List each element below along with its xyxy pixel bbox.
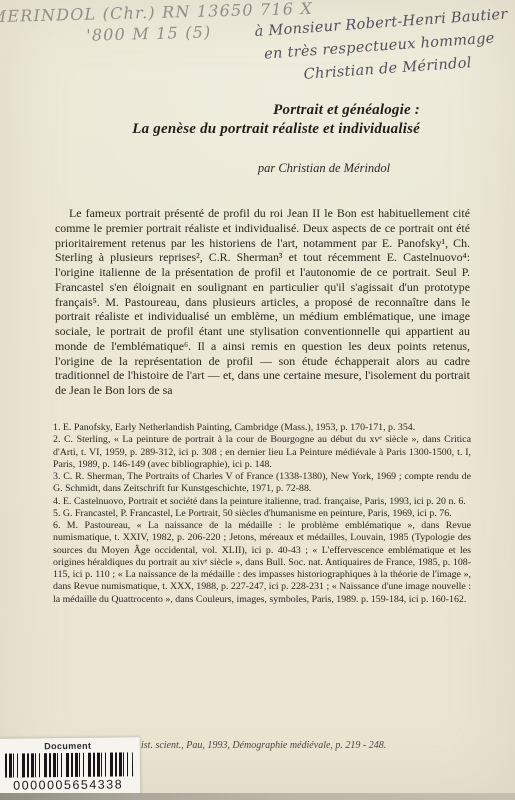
author-byline: par Christian de Mérindol	[256, 161, 392, 176]
page-bottom-edge	[0, 793, 515, 800]
article-title-line1: Portrait et généalogie :	[132, 101, 420, 120]
article-title: Portrait et généalogie : La genèse du po…	[132, 101, 420, 138]
footnote-2: 2. C. Sterling, « La peinture de portrai…	[53, 434, 471, 471]
footnote-1: 1. E. Panofsky, Early Netherlandish Pain…	[53, 422, 471, 434]
barcode-icon	[5, 752, 133, 777]
footnote-4: 4. E. Castelnuovo, Portrait et société d…	[53, 496, 471, 508]
barcode-number: 0000005654338	[0, 777, 140, 793]
barcode-label: Document 0000005654338	[0, 737, 140, 798]
body-paragraph: Le fameux portrait présenté de profil du…	[55, 206, 470, 398]
footer-citation: ist. scient., Pau, 1993, Démographie méd…	[141, 740, 386, 751]
footnote-3: 3. C. R. Sherman, The Portraits of Charl…	[53, 471, 471, 496]
barcode-label-title: Document	[0, 740, 140, 752]
footnote-5: 5. G. Francastel, P. Francastel, Le Port…	[53, 508, 471, 520]
footnotes-block: 1. E. Panofsky, Early Netherlandish Pain…	[53, 422, 471, 606]
scanned-document-page: MERINDOL (Chr.) RN 13650 716 X '800 M 15…	[0, 0, 515, 800]
footnote-6: 6. M. Pastoureau, « La naissance de la m…	[53, 520, 471, 606]
article-title-line2: La genèse du portrait réaliste et indivi…	[132, 120, 420, 139]
